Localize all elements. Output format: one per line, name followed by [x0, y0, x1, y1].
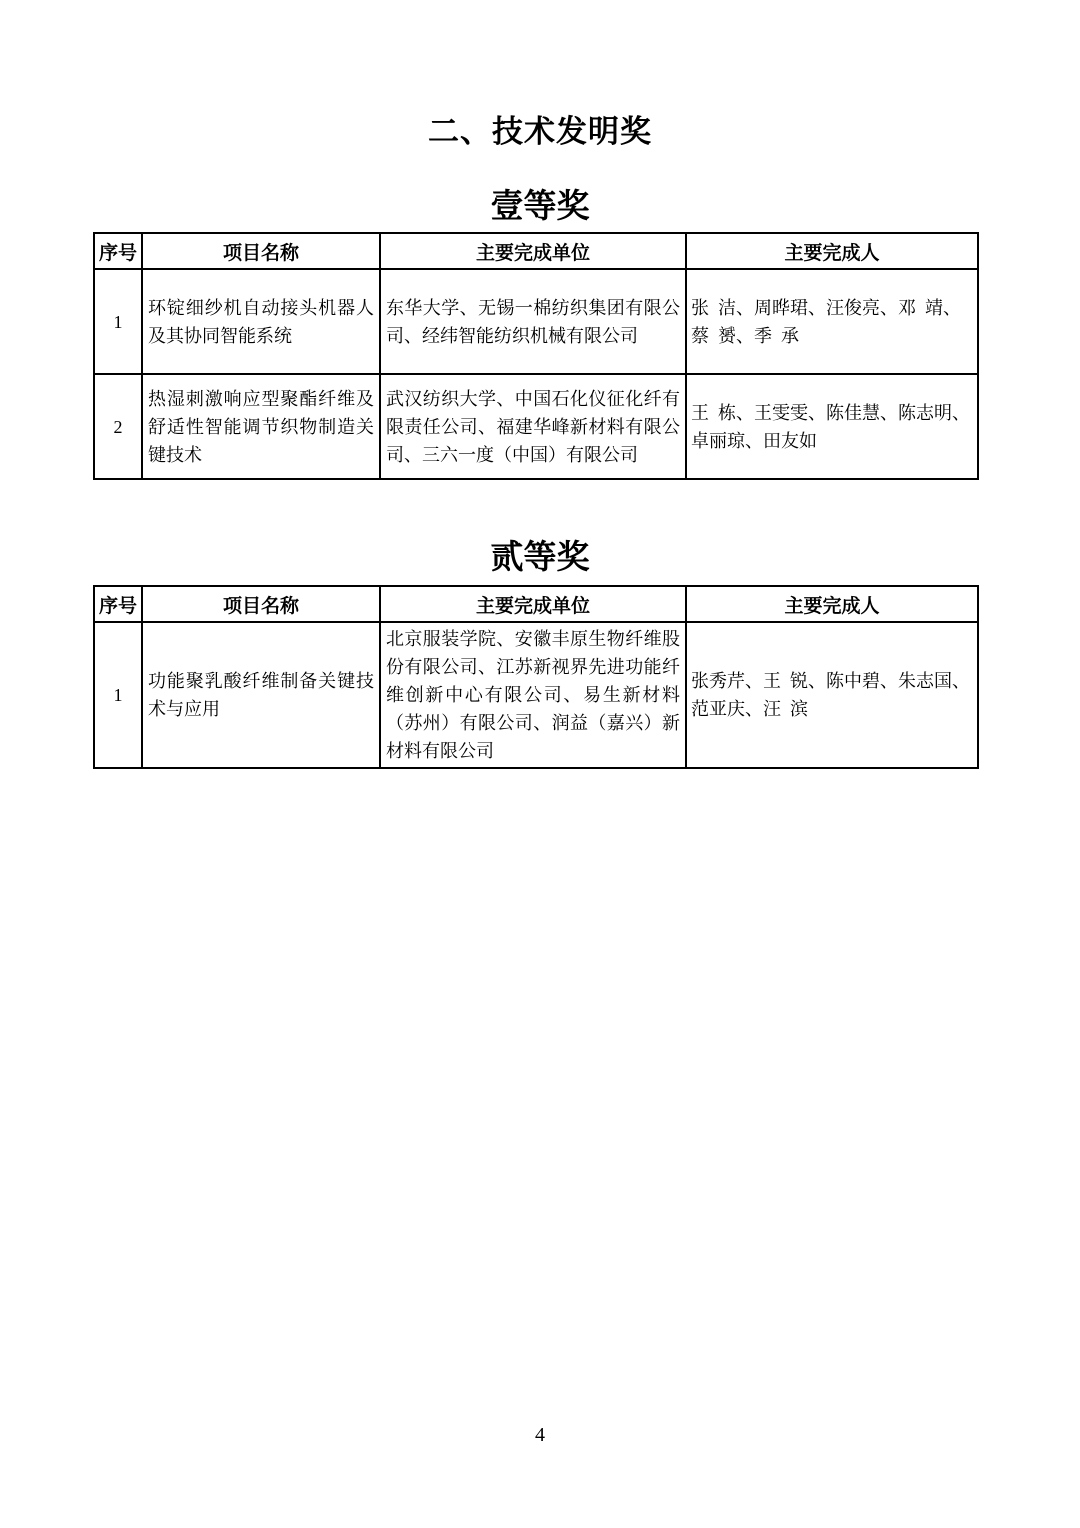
- person-name: 张秀芹、: [691, 667, 763, 695]
- table-row: 1 环锭细纱机自动接头机器人及其协同智能系统 东华大学、无锡一棉纺织集团有限公司…: [94, 269, 978, 374]
- person-name: 陈中碧、: [826, 667, 898, 695]
- column-header-completing-persons: 主要完成人: [686, 233, 978, 269]
- column-header-completing-units: 主要完成单位: [380, 233, 686, 269]
- column-header-completing-units: 主要完成单位: [380, 586, 686, 622]
- person-name: 张 洁、: [691, 294, 754, 322]
- person-name: 邓 靖、: [898, 294, 961, 322]
- document-title: 二、技术发明奖: [0, 106, 1080, 151]
- cell-serial-number: 1: [94, 269, 142, 374]
- cell-project-name: 环锭细纱机自动接头机器人及其协同智能系统: [142, 269, 380, 374]
- column-header-project-name: 项目名称: [142, 233, 380, 269]
- second-prize-table: 序号 项目名称 主要完成单位 主要完成人 1 功能聚乳酸纤维制备关键技术与应用 …: [93, 585, 979, 769]
- first-prize-table: 序号 项目名称 主要完成单位 主要完成人 1 环锭细纱机自动接头机器人及其协同智…: [93, 232, 979, 480]
- person-name: 周晔珺、: [754, 294, 826, 322]
- table-header-row: 序号 项目名称 主要完成单位 主要完成人: [94, 233, 978, 269]
- person-name: 季 承: [754, 322, 799, 350]
- person-name: 陈志明、: [898, 399, 970, 427]
- person-name: 汪 滨: [763, 695, 808, 723]
- cell-project-name: 功能聚乳酸纤维制备关键技术与应用: [142, 622, 380, 768]
- column-header-project-name: 项目名称: [142, 586, 380, 622]
- person-name: 范亚庆、: [691, 695, 763, 723]
- cell-project-name: 热湿刺激响应型聚酯纤维及舒适性智能调节织物制造关键技术: [142, 374, 380, 479]
- person-name: 田友如: [763, 427, 817, 455]
- cell-completing-units: 北京服装学院、安徽丰原生物纤维股份有限公司、江苏新视界先进功能纤维创新中心有限公…: [380, 622, 686, 768]
- person-name: 卓丽琼、: [691, 427, 763, 455]
- cell-completing-persons: 王 栋、王雯雯、陈佳慧、陈志明、卓丽琼、田友如: [686, 374, 978, 479]
- person-name: 汪俊亮、: [826, 294, 898, 322]
- cell-completing-units: 东华大学、无锡一棉纺织集团有限公司、经纬智能纺织机械有限公司: [380, 269, 686, 374]
- cell-completing-units: 武汉纺织大学、中国石化仪征化纤有限责任公司、福建华峰新材料有限公司、三六一度（中…: [380, 374, 686, 479]
- person-name: 蔡 赟、: [691, 322, 754, 350]
- person-name: 朱志国、: [898, 667, 970, 695]
- table-row: 2 热湿刺激响应型聚酯纤维及舒适性智能调节织物制造关键技术 武汉纺织大学、中国石…: [94, 374, 978, 479]
- person-name: 王 锐、: [763, 667, 826, 695]
- document-page: 二、技术发明奖 壹等奖 序号 项目名称 主要完成单位 主要完成人 1 环锭细纱机…: [0, 0, 1080, 1528]
- cell-completing-persons: 张秀芹、王 锐、陈中碧、朱志国、范亚庆、汪 滨: [686, 622, 978, 768]
- column-header-serial: 序号: [94, 233, 142, 269]
- section-heading-first-prize: 壹等奖: [0, 180, 1080, 227]
- cell-serial-number: 2: [94, 374, 142, 479]
- column-header-serial: 序号: [94, 586, 142, 622]
- person-name: 王雯雯、: [754, 399, 826, 427]
- cell-completing-persons: 张 洁、周晔珺、汪俊亮、邓 靖、蔡 赟、季 承: [686, 269, 978, 374]
- person-name: 陈佳慧、: [826, 399, 898, 427]
- column-header-completing-persons: 主要完成人: [686, 586, 978, 622]
- section-heading-second-prize: 贰等奖: [0, 531, 1080, 578]
- table-row: 1 功能聚乳酸纤维制备关键技术与应用 北京服装学院、安徽丰原生物纤维股份有限公司…: [94, 622, 978, 768]
- person-name: 王 栋、: [691, 399, 754, 427]
- page-number: 4: [0, 1424, 1080, 1447]
- table-header-row: 序号 项目名称 主要完成单位 主要完成人: [94, 586, 978, 622]
- cell-serial-number: 1: [94, 622, 142, 768]
